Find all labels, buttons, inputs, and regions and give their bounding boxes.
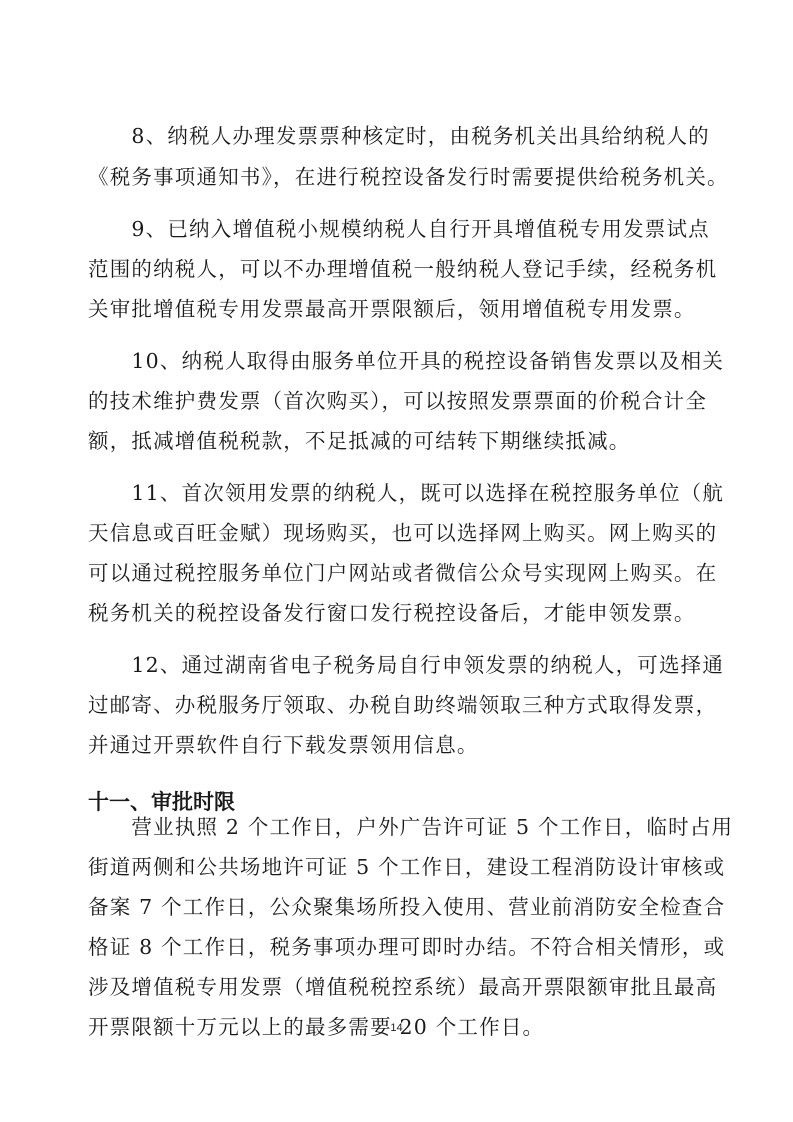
paragraph-10-line-2: 的技术维护费发票（首次购买），可以按照发票票面的价税合计全 [88, 388, 728, 414]
section-line-3: 备案 7 个工作日，公众聚集场所投入使用、营业前消防安全检查合 [88, 894, 728, 920]
paragraph-11-line-1: 11、首次领用发票的纳税人，既可以选择在税控服务单位（航 [88, 480, 728, 506]
section-heading: 十一、审批时限 [88, 789, 235, 815]
paragraph-12-line-1: 12、通过湖南省电子税务局自行申领发票的纳税人，可选择通 [88, 652, 728, 678]
page-number: 14 [0, 1022, 793, 1034]
paragraph-11-line-3: 可以通过税控服务单位门户网站或者微信公众号实现网上购买。在 [88, 560, 728, 586]
paragraph-12-line-2: 过邮寄、办税服务厅领取、办税自助终端领取三种方式取得发票， [88, 692, 728, 718]
paragraph-9-line-2: 范围的纳税人，可以不办理增值税一般纳税人登记手续，经税务机 [88, 256, 728, 282]
paragraph-8-line-2: 《税务事项通知书》，在进行税控设备发行时需要提供给税务机关。 [88, 164, 728, 190]
paragraph-9-line-3: 关审批增值税专用发票最高开票限额后，领用增值税专用发票。 [88, 296, 728, 322]
paragraph-11-line-4: 税务机关的税控设备发行窗口发行税控设备后，才能申领发票。 [88, 600, 728, 626]
section-line-5: 涉及增值税专用发票（增值税税控系统）最高开票限额审批且最高 [88, 974, 728, 1000]
paragraph-12-line-3: 并通过开票软件自行下载发票领用信息。 [88, 732, 728, 758]
paragraph-10-line-1: 10、纳税人取得由服务单位开具的税控设备销售发票以及相关 [88, 348, 728, 374]
section-line-4: 格证 8 个工作日，税务事项办理可即时办结。不符合相关情形，或 [88, 934, 728, 960]
section-line-2: 街道两侧和公共场地许可证 5 个工作日，建设工程消防设计审核或 [88, 854, 728, 880]
section-line-1: 营业执照 2 个工作日，户外广告许可证 5 个工作日，临时占用 [88, 814, 728, 840]
document-page: 8、纳税人办理发票票种核定时，由税务机关出具给纳税人的 《税务事项通知书》，在进… [0, 0, 793, 1122]
paragraph-9-line-1: 9、已纳入增值税小规模纳税人自行开具增值税专用发票试点 [88, 216, 728, 242]
paragraph-10-line-3: 额，抵减增值税税款，不足抵减的可结转下期继续抵减。 [88, 428, 728, 454]
paragraph-8-line-1: 8、纳税人办理发票票种核定时，由税务机关出具给纳税人的 [88, 123, 728, 149]
paragraph-11-line-2: 天信息或百旺金赋）现场购买，也可以选择网上购买。网上购买的 [88, 520, 728, 546]
